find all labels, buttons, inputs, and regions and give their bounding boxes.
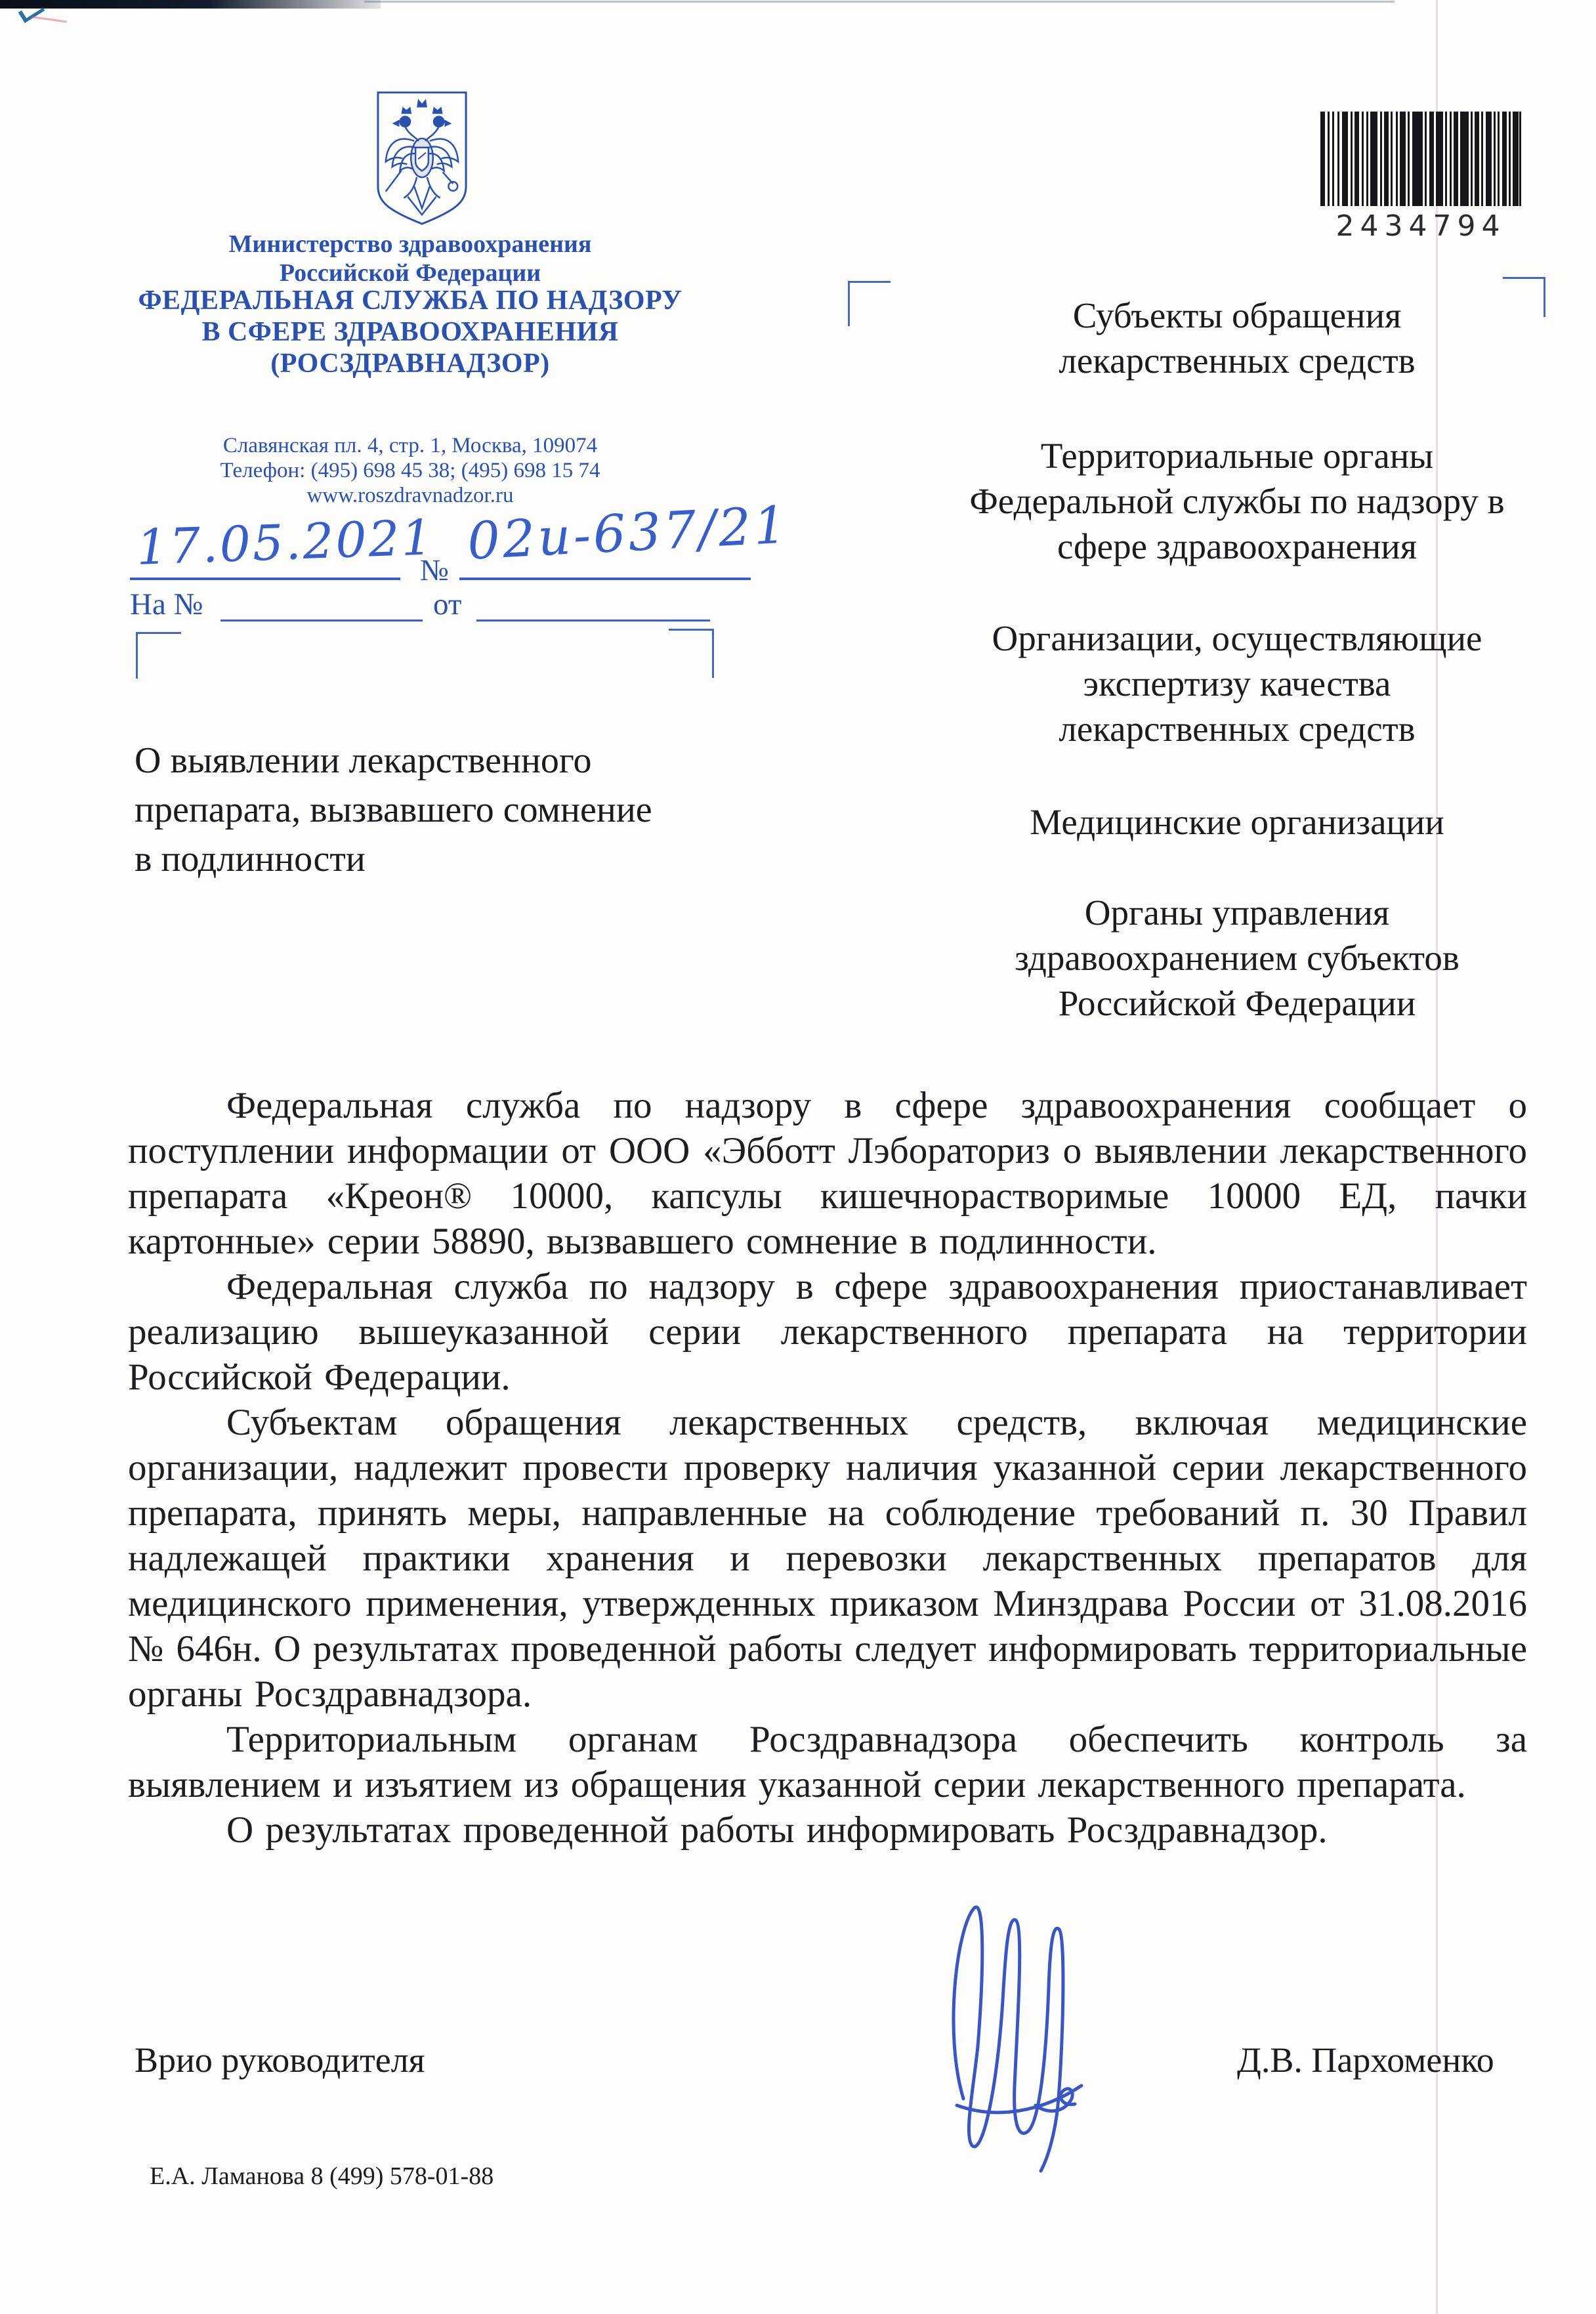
ministry-line: Министерство здравоохранения xyxy=(59,230,761,259)
handwritten-date: 17.05.2021 xyxy=(136,509,435,576)
recipient-zone-corner-left xyxy=(848,281,891,326)
reply-to-number-label: На № xyxy=(130,587,203,622)
service-line: (РОСЗДРАВНАДЗОР) xyxy=(59,348,761,379)
subject-line: в подлинности xyxy=(135,835,699,884)
subject-line: препарата, вызвавшего сомнение xyxy=(135,786,699,835)
recipient-line: Субъекты обращения xyxy=(938,293,1536,338)
body-paragraph: О результатах проведенной работы информи… xyxy=(128,1807,1527,1853)
recipient-block: Территориальные органы Федеральной служб… xyxy=(938,433,1536,569)
recipient-line: здравоохранением субъектов xyxy=(938,935,1536,980)
signer-name: Д.В. Пархоменко xyxy=(1237,2040,1494,2080)
body-paragraph: Территориальным органам Росздравнадзора … xyxy=(128,1717,1527,1807)
reply-from-label: от xyxy=(433,587,461,622)
russia-coat-of-arms-icon xyxy=(371,89,472,228)
recipient-line: Территориальные органы xyxy=(938,433,1536,478)
ministry-line: Российской Федерации xyxy=(59,259,761,287)
postal-address: Славянская пл. 4, стр. 1, Москва, 109074 xyxy=(59,433,761,458)
letter-subject: О выявлении лекарственного препарата, вы… xyxy=(135,736,699,884)
recipient-line: Федеральной службы по надзору в xyxy=(938,478,1536,524)
recipient-line: Органы управления xyxy=(938,890,1536,935)
number-underline xyxy=(459,578,751,580)
letter-body: Федеральная служба по надзору в сфере зд… xyxy=(128,1083,1527,1853)
addressee-zone-corner-right xyxy=(669,629,714,678)
scanned-letter-page: Министерство здравоохранения Российской … xyxy=(0,0,1596,2314)
recipient-line: сфере здравоохранения xyxy=(938,524,1536,569)
handwritten-signature xyxy=(917,1889,1114,2187)
barcode-bars xyxy=(1320,112,1521,206)
service-line: ФЕДЕРАЛЬНАЯ СЛУЖБА ПО НАДЗОРУ xyxy=(59,285,761,316)
signer-position-title: Врио руководителя xyxy=(135,2040,425,2080)
addressee-zone-corner-left xyxy=(136,632,181,679)
recipient-line: лекарственных средств xyxy=(938,338,1536,383)
recipient-block: Медицинские организации xyxy=(938,799,1536,845)
recipient-line: Организации, осуществляющие xyxy=(938,616,1536,661)
barcode-number: 2434794 xyxy=(1320,209,1521,243)
recipient-block: Организации, осуществляющие экспертизу к… xyxy=(938,616,1536,751)
recipient-line: Российской Федерации xyxy=(938,980,1536,1026)
recipient-line: лекарственных средств xyxy=(938,706,1536,751)
ministry-name: Министерство здравоохранения Российской … xyxy=(59,230,761,287)
body-paragraph: Субъектам обращения лекарственных средст… xyxy=(128,1400,1527,1717)
service-name: ФЕДЕРАЛЬНАЯ СЛУЖБА ПО НАДЗОРУ В СФЕРЕ ЗД… xyxy=(59,285,761,379)
scan-artifact-top-line xyxy=(364,1,1395,3)
phone-numbers: Телефон: (495) 698 45 38; (495) 698 15 7… xyxy=(59,458,761,483)
body-paragraph: Федеральная служба по надзору в сфере зд… xyxy=(128,1083,1527,1264)
recipient-block: Органы управления здравоохранением субъе… xyxy=(938,890,1536,1026)
executor-contact-line: Е.А. Ламанова 8 (499) 578-01-88 xyxy=(150,2162,493,2191)
body-paragraph: Федеральная служба по надзору в сфере зд… xyxy=(128,1264,1527,1400)
recipient-line: Медицинские организации xyxy=(938,799,1536,845)
recipient-line: экспертизу качества xyxy=(938,661,1536,706)
date-underline xyxy=(130,578,400,580)
registration-barcode: 2434794 xyxy=(1320,112,1521,243)
contact-block: Славянская пл. 4, стр. 1, Москва, 109074… xyxy=(59,433,761,508)
number-sign: № xyxy=(420,553,449,587)
scan-artifact-top-bar xyxy=(0,0,381,9)
scan-artifact-red-dash xyxy=(31,16,67,22)
reply-date-blank-line xyxy=(476,620,710,621)
recipient-block: Субъекты обращения лекарственных средств xyxy=(938,293,1536,383)
service-line: В СФЕРЕ ЗДРАВООХРАНЕНИЯ xyxy=(59,316,761,348)
subject-line: О выявлении лекарственного xyxy=(135,736,699,786)
reply-number-blank-line xyxy=(220,620,423,621)
